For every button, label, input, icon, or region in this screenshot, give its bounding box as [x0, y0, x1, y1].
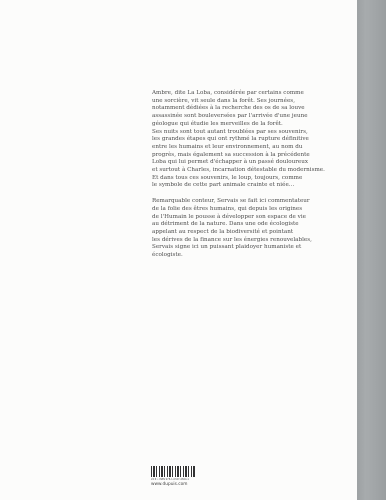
blurb-paragraph-1: Ambre, dite La Loba, considérée par cert…: [152, 90, 362, 190]
text-line: Loba qui lui permet d'échapper à un pass…: [152, 159, 362, 167]
book-spine: [357, 0, 386, 500]
paragraph-gap: [152, 190, 362, 198]
text-line: assassinée sont bouleversées par l'arriv…: [152, 113, 362, 121]
barcode-icon: [151, 466, 195, 477]
isbn-text: 22 € • ISBN 978-1-0347-4824-1: [151, 478, 195, 481]
blurb-text: Ambre, dite La Loba, considérée par cert…: [152, 90, 362, 260]
text-line: géologue qui étudie les merveilles de la…: [152, 121, 362, 129]
back-cover-page: Ambre, dite La Loba, considérée par cert…: [0, 0, 357, 500]
barcode-block: 22 € • ISBN 978-1-0347-4824-1 www.dupuis…: [151, 466, 195, 487]
text-line: écologiste.: [152, 252, 362, 260]
text-line: entre les humains et leur environnement,…: [152, 144, 362, 152]
text-line: les dérives de la finance sur les énergi…: [152, 237, 362, 245]
text-line: les grandes étapes qui ont rythmé la rup…: [152, 136, 362, 144]
text-line: Servais signe ici un puissant plaidoyer …: [152, 244, 362, 252]
text-line: Ambre, dite La Loba, considérée par cert…: [152, 90, 362, 98]
text-line: de la folie des êtres humains, qui depui…: [152, 206, 362, 214]
text-line: au détriment de la nature. Dans une ode …: [152, 221, 362, 229]
text-line: notamment dédiées à la recherche des os …: [152, 105, 362, 113]
blurb-paragraph-2: Remarquable conteur, Servais se fait ici…: [152, 198, 362, 260]
text-line: le symbole de cette part animale crainte…: [152, 182, 362, 190]
text-line: Remarquable conteur, Servais se fait ici…: [152, 198, 362, 206]
publisher-url: www.dupuis.com: [151, 482, 195, 487]
text-line: appelant au respect de la biodiversité e…: [152, 229, 362, 237]
text-line: et surtout à Charles, incarnation détest…: [152, 167, 362, 175]
